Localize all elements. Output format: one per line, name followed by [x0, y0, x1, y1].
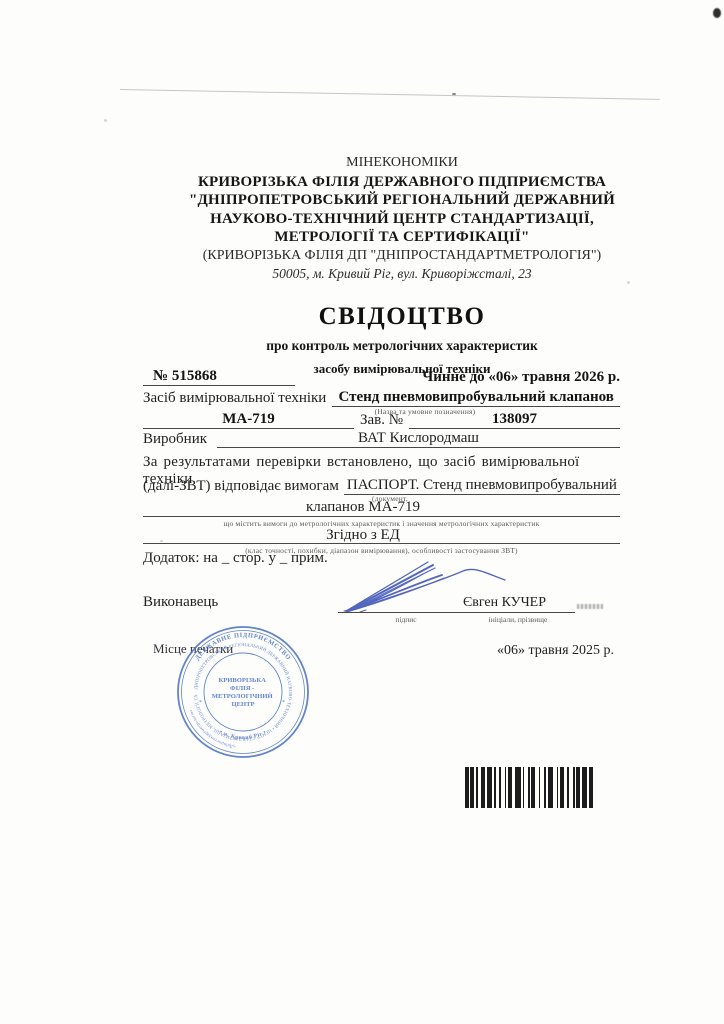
- scan-artifact-dot: [713, 8, 721, 18]
- device-row: Засіб вимірювальної техніки Стенд пневмо…: [143, 389, 620, 407]
- certificate-number: № 515868: [143, 368, 295, 386]
- serial-label: Зав. №: [354, 412, 409, 429]
- round-seal-stamp: ДЕРЖАВНЕ ПІДПРИЄМСТВО «Дніпростандартмет…: [175, 624, 311, 760]
- executor-label: Виконавець: [143, 594, 218, 611]
- org-name-line-3: НАУКОВО-ТЕХНІЧНИЙ ЦЕНТР СТАНДАРТИЗАЦІЇ,: [180, 210, 624, 229]
- document-title: СВІДОЦТВО: [180, 303, 624, 331]
- seal-star-left: *: [199, 700, 202, 706]
- barcode-bar: [589, 767, 593, 808]
- org-address: 50005, м. Кривий Ріг, вул. Криворіжсталі…: [180, 265, 624, 284]
- name-line: [461, 612, 575, 613]
- number-row: № 515868 Чинне до «06» травня 2026 р.: [143, 368, 620, 386]
- scan-speck: [627, 281, 630, 284]
- requirements-doc-value: ПАСПОРТ. Стенд пневмовипробувальний: [344, 477, 620, 495]
- model-serial-row: МА-719 Зав. № 138097: [143, 411, 620, 429]
- document-subtitle-1: про контроль метрологічних характеристик: [180, 338, 624, 354]
- org-name-line-1: КРИВОРІЗЬКА ФІЛІЯ ДЕРЖАВНОГО ПІДПРИЄМСТВ…: [180, 173, 624, 192]
- device-value: Стенд пневмовипробувальний клапанов: [332, 389, 620, 407]
- model-value: МА-719: [143, 411, 354, 429]
- fine-print-artifact: [577, 604, 603, 609]
- document-title-block: СВІДОЦТВО про контроль метрологічних хар…: [180, 303, 624, 377]
- serial-value: 138097: [409, 411, 620, 429]
- manufacturer-value: ВАТ Кислородмаш: [217, 430, 620, 448]
- result-text-2: (далі-ЗВТ) відповідає вимогам: [143, 478, 339, 495]
- seal-star-right: *: [282, 700, 285, 706]
- scan-speck: [452, 93, 456, 95]
- scan-artifact-line: [120, 89, 660, 100]
- issue-date: «06» травня 2025 р.: [497, 643, 614, 659]
- seal-center-text: КРИВОРІЗЬКА ФІЛІЯ - МЕТРОЛОГІЧНИЙ ЦЕНТР: [212, 677, 275, 708]
- scanned-certificate-page: МІНЕКОНОМІКИ КРИВОРІЗЬКА ФІЛІЯ ДЕРЖАВНОГ…: [0, 0, 724, 1024]
- rule-line: [143, 516, 620, 517]
- letterhead: МІНЕКОНОМІКИ КРИВОРІЗЬКА ФІЛІЯ ДЕРЖАВНОГ…: [180, 154, 624, 284]
- valid-until: Чинне до «06» травня 2026 р.: [422, 369, 620, 386]
- org-name-line-4: МЕТРОЛОГІЇ ТА СЕРТИФІКАЦІЇ": [180, 228, 624, 247]
- manufacturer-label: Виробник: [143, 431, 207, 448]
- scan-speck: [104, 119, 107, 122]
- org-short-name: (КРИВОРІЗЬКА ФІЛІЯ ДП "ДНІПРОСТАНДАРТМЕТ…: [180, 247, 624, 266]
- executor-name: Євген КУЧЕР: [463, 595, 546, 611]
- barcode: [465, 767, 593, 808]
- ministry-line: МІНЕКОНОМІКИ: [180, 154, 624, 173]
- attachment-text: Додаток: на _ стор. у _ прим.: [143, 550, 328, 567]
- manufacturer-row: Виробник ВАТ Кислородмаш: [143, 430, 620, 448]
- rule-line: [143, 543, 620, 544]
- name-caption: ініціали, прізвище: [461, 615, 575, 624]
- org-name-line-2: "ДНІПРОПЕТРОВСЬКИЙ РЕГІОНАЛЬНИЙ ДЕРЖАВНИ…: [180, 191, 624, 210]
- conformity-value: Згідно з ЕД: [143, 527, 583, 544]
- doc-value-continuation: клапанов МА-719: [143, 499, 583, 516]
- device-label: Засіб вимірювальної техніки: [143, 390, 326, 407]
- signature-line: [338, 612, 474, 613]
- signature-caption: підпис: [338, 615, 474, 624]
- result-paragraph-line-2: (далі-ЗВТ) відповідає вимогам ПАСПОРТ. С…: [143, 477, 620, 495]
